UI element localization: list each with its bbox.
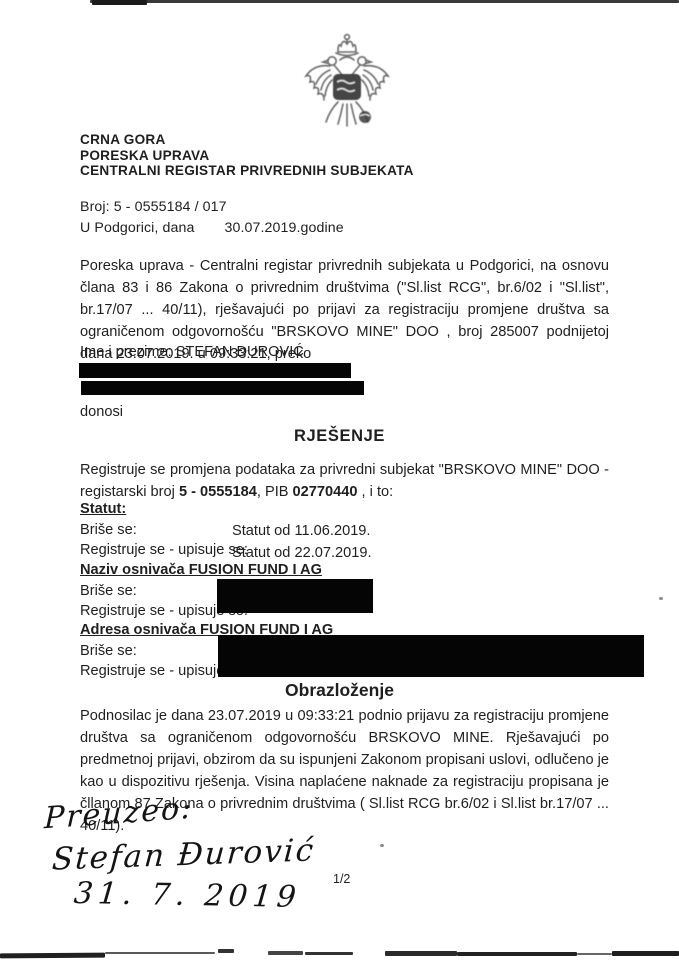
- decision-text-part3: , i to:: [357, 484, 393, 500]
- scan-artifact-bottom: [218, 949, 234, 953]
- scan-artifact-top: [90, 0, 679, 3]
- org-line-country: CRNA GORA: [80, 132, 414, 148]
- handwritten-date: 31. 7. 2019: [72, 876, 302, 915]
- place-date-line: U Podgorici, dana30.07.2019.godine: [80, 220, 344, 236]
- applicant-name-line: Ime i prezime: STEFAN ĐUROVIĆ: [80, 344, 304, 360]
- statut-registruje-label: Registruje se - upisuje se:: [80, 542, 248, 558]
- scan-artifact-bottom: [305, 952, 353, 955]
- scan-artifact-bottom: [268, 951, 303, 955]
- redaction-bar-2: [81, 381, 364, 395]
- page-number: 1/2: [333, 872, 350, 886]
- org-line-registry: CENTRALNI REGISTAR PRIVREDNIH SUBJEKATA: [80, 163, 414, 179]
- scan-artifact-bottom: [612, 951, 679, 956]
- redaction-bar-1: [79, 363, 351, 378]
- handwritten-signature: Stefan Đurović: [51, 832, 316, 877]
- explanation-title: Obrazloženje: [0, 680, 679, 701]
- adresa-brise-label: Briše se:: [80, 643, 137, 659]
- scan-artifact-bottom: [105, 952, 215, 954]
- decision-paragraph: Registruje se promjena podataka za privr…: [80, 459, 609, 503]
- decision-text-part2: , PIB: [257, 484, 293, 500]
- statut-brise-label: Briše se:: [80, 522, 137, 538]
- pib-number: 02770440: [293, 484, 358, 500]
- naziv-brise-label: Briše se:: [80, 583, 137, 599]
- org-header-block: CRNA GORA PORESKA UPRAVA CENTRALNI REGIS…: [80, 132, 414, 179]
- scan-artifact-bottom: [457, 952, 577, 956]
- section-header-naziv: Naziv osnivača FUSION FUND I AG: [80, 562, 322, 578]
- scan-speck: [380, 844, 384, 847]
- scan-artifact-bottom: [0, 953, 105, 959]
- statut-registruje-value: Statut od 22.07.2019.: [232, 545, 372, 561]
- scan-artifact-bottom: [385, 951, 457, 956]
- date-value: 30.07.2019.godine: [224, 220, 343, 236]
- registry-number: 5 - 0555184: [179, 484, 257, 500]
- scan-speck: [659, 597, 663, 600]
- statut-brise-value: Statut od 11.06.2019.: [232, 523, 370, 539]
- scan-artifact-bottom: [577, 953, 612, 955]
- redaction-block-adresa: [218, 635, 644, 677]
- scanned-document-page: CRNA GORA PORESKA UPRAVA CENTRALNI REGIS…: [0, 0, 679, 960]
- coat-of-arms-icon: [296, 30, 398, 135]
- section-header-statut: Statut:: [80, 501, 126, 517]
- scan-artifact-top-blob: [92, 0, 147, 5]
- org-line-authority: PORESKA UPRAVA: [80, 148, 414, 164]
- redaction-block-naziv: [217, 579, 373, 613]
- place-date-label: U Podgorici, dana: [80, 220, 194, 236]
- document-number: Broj: 5 - 0555184 / 017: [80, 199, 227, 215]
- decision-title: RJEŠENJE: [0, 427, 679, 446]
- donosi-line: donosi: [80, 404, 123, 420]
